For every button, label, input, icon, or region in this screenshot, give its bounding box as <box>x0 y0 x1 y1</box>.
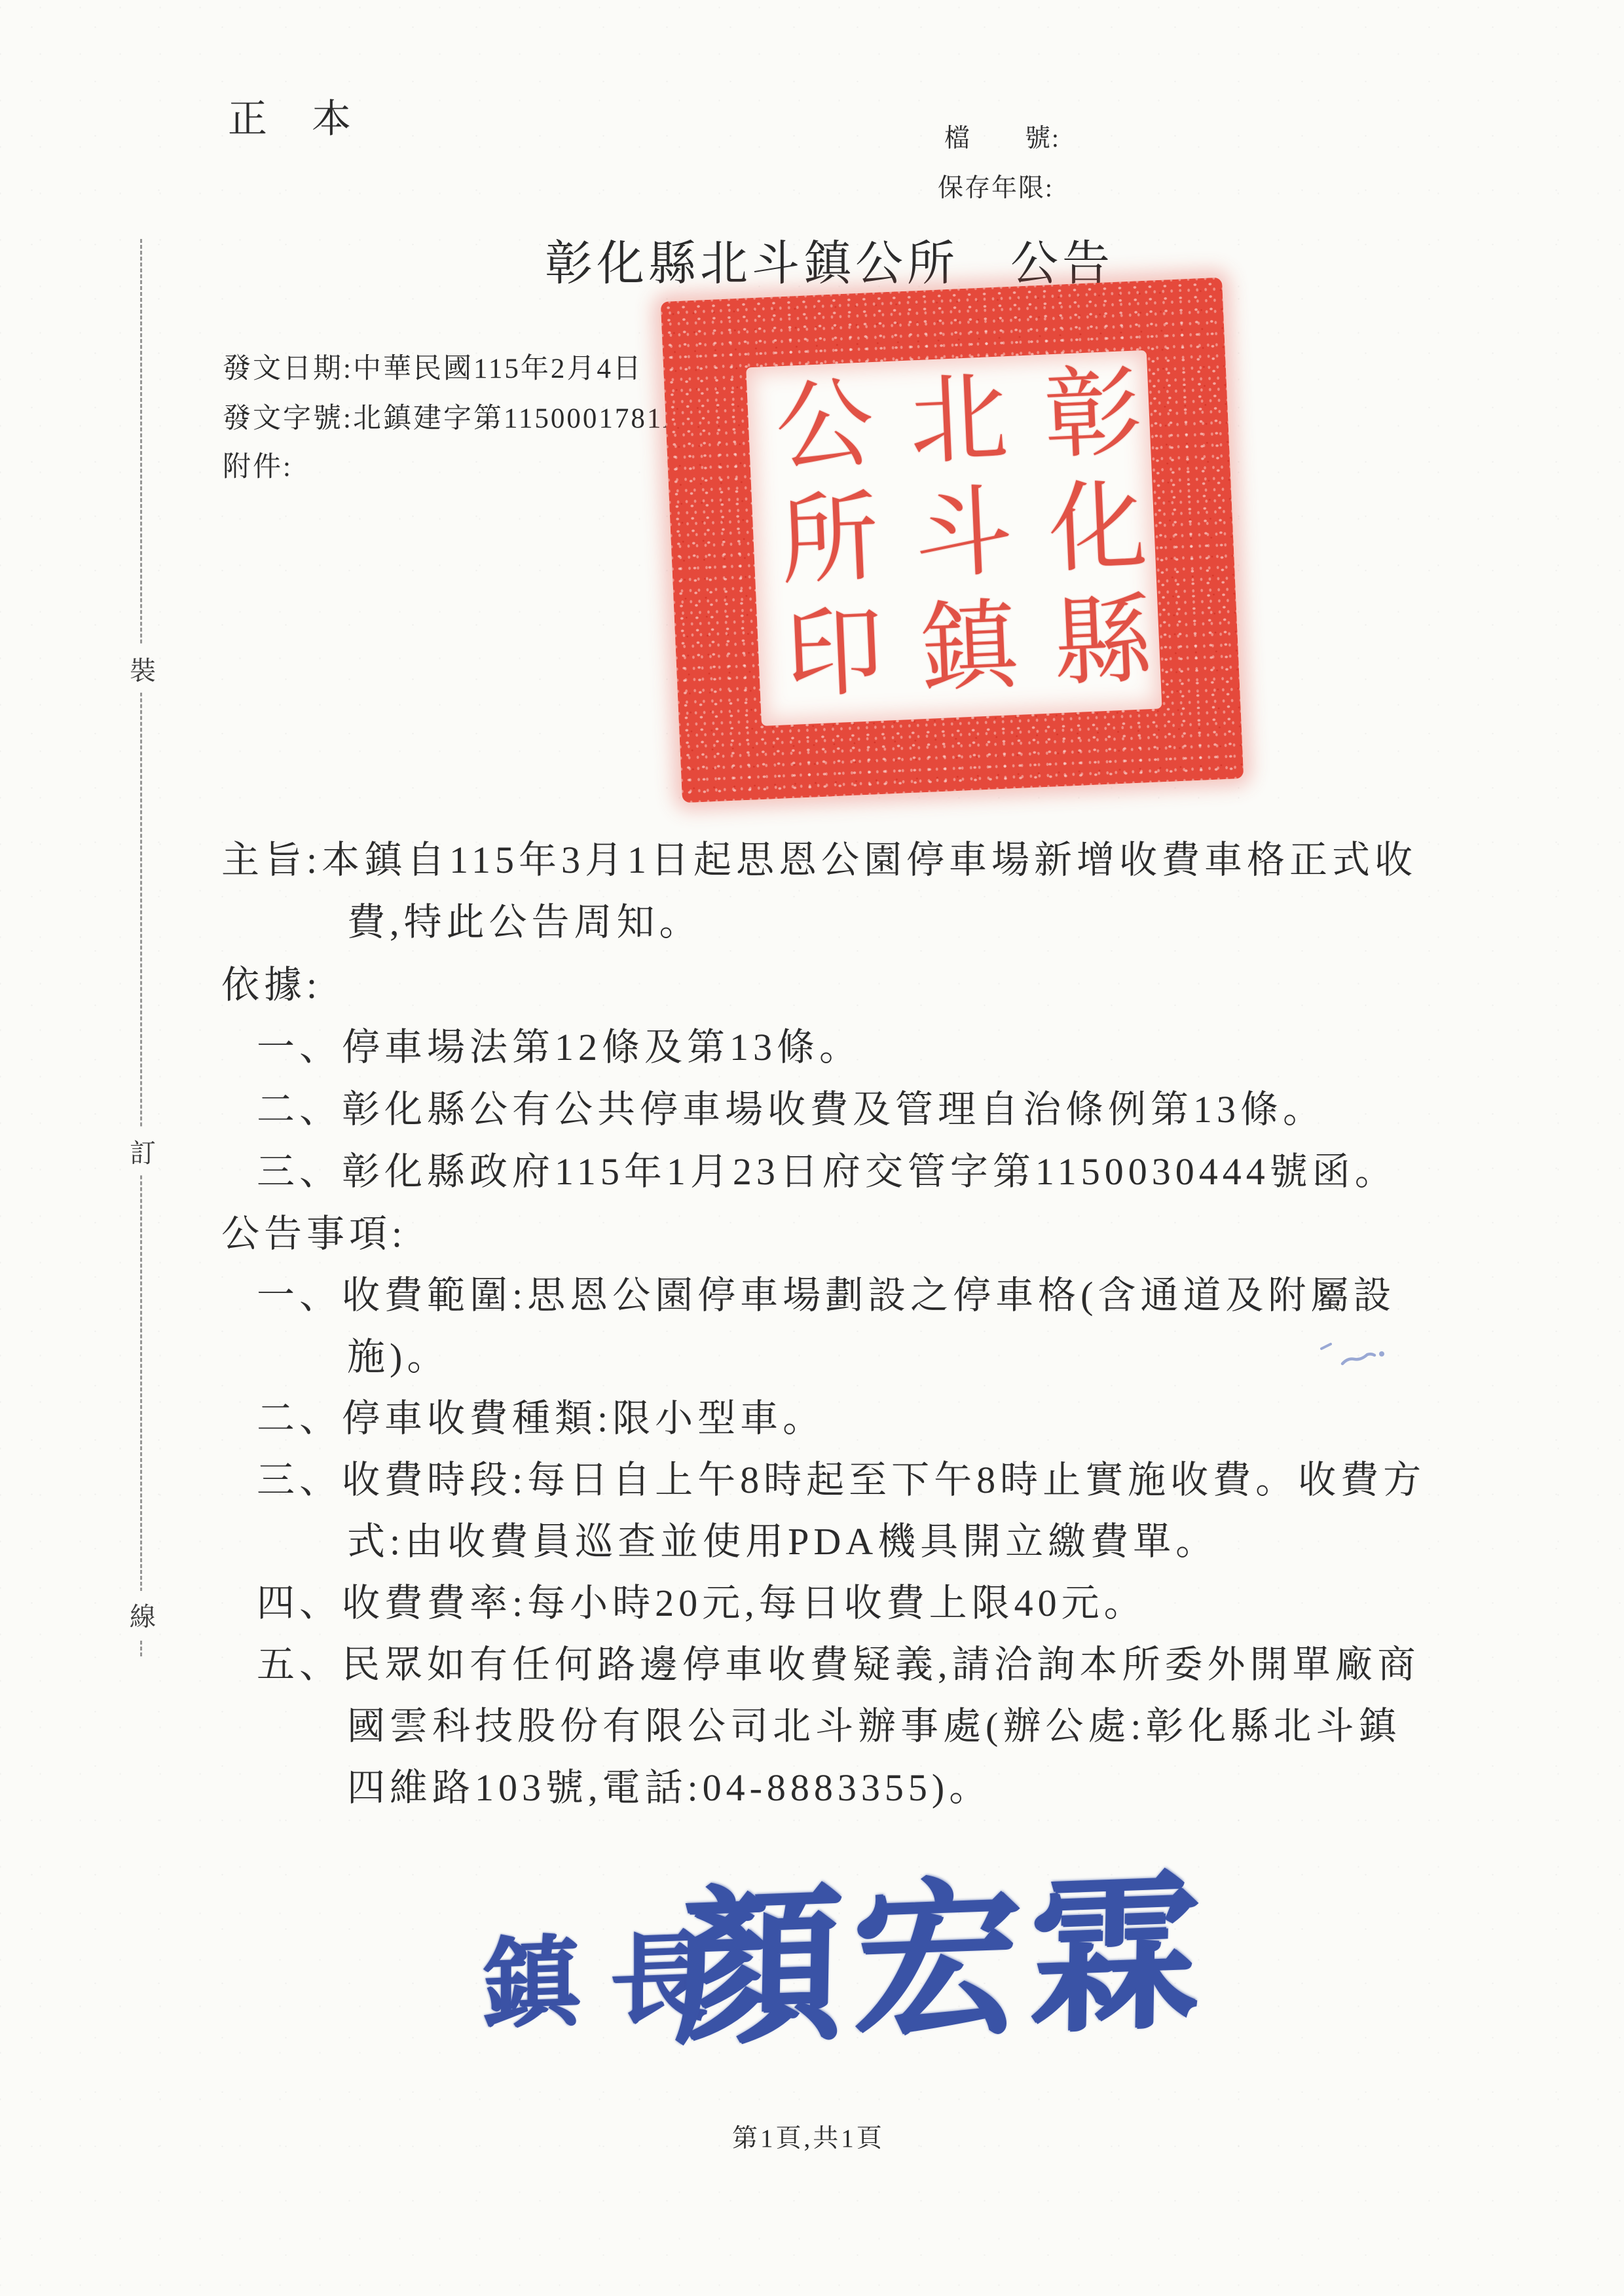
item-5-line-2: 國雲科技股份有限公司北斗辦事處(辦公處:彰化縣北斗鎮 <box>347 1707 1401 1745</box>
seal-column-right: 彰化縣 <box>1031 359 1145 705</box>
binding-dashed-line <box>140 239 142 1656</box>
subject-line-1: 主旨:本鎮自115年3月1日起思恩公園停車場新增收費車格正式收 <box>221 841 1417 879</box>
seal-column-left: 公所印 <box>764 371 877 717</box>
item-5-line-1: 五、民眾如有任何路邊停車收費疑義,請洽詢本所委外開單廠商 <box>257 1646 1420 1684</box>
item-1-line-1: 一、收費範圍:思恩公園停車場劃設之停車格(含通道及附屬設 <box>257 1277 1395 1315</box>
binding-mark-zhuang: 裝 <box>127 645 158 693</box>
mayor-signature: 顏宏霖 <box>672 1868 1209 2056</box>
items-heading: 公告事項: <box>221 1215 407 1253</box>
seal-column-middle: 北斗鎮 <box>898 365 1011 711</box>
basis-item-2: 二、彰化縣公有公共停車場收費及管理自治條例第13條。 <box>257 1091 1325 1129</box>
item-5-line-3: 四維路103號,電話:04-8883355)。 <box>347 1769 991 1807</box>
official-seal: 彰化縣 北斗鎮 公所印 <box>661 278 1244 803</box>
issue-date-line: 發文日期:中華民國115年2月4日 <box>223 355 643 383</box>
basis-item-1: 一、停車場法第12條及第13條。 <box>257 1029 862 1066</box>
copy-type-label: 正 本 <box>228 100 354 139</box>
item-2-line: 二、停車收費種類:限小型車。 <box>257 1400 825 1438</box>
binding-mark-xian: 線 <box>127 1591 158 1639</box>
page-footer: 第1頁,共1頁 <box>732 2126 885 2151</box>
official-seal-face: 彰化縣 北斗鎮 公所印 <box>746 350 1162 726</box>
doc-number-line: 發文字號:北鎮建字第1150001781A號 <box>223 405 715 433</box>
item-3-line-1: 三、收費時段:每日自上午8時起至下午8時止實施收費。收費方 <box>257 1461 1426 1499</box>
subject-line-2: 費,特此公告周知。 <box>347 903 702 941</box>
scanned-official-announcement: 裝 訂 線 正 本 檔 號: 保存年限: 彰化縣北斗鎮公所 公告 發文日期:中華… <box>0 0 1624 2296</box>
binding-mark-ding: 訂 <box>127 1127 158 1175</box>
file-no-label: 檔 號: <box>944 126 1060 151</box>
item-1-line-2: 施)。 <box>347 1338 449 1376</box>
item-4-line: 四、收費費率:每小時20元,每日收費上限40元。 <box>257 1584 1147 1622</box>
basis-heading: 依據: <box>221 966 322 1004</box>
basis-item-3: 三、彰化縣政府115年1月23日府交管字第1150030444號函。 <box>257 1153 1397 1191</box>
pen-mark <box>1318 1334 1396 1374</box>
item-3-line-2: 式:由收費員巡查並使用PDA機具開立繳費單。 <box>347 1523 1218 1561</box>
attachment-label: 附件: <box>223 453 293 481</box>
doc-title: 彰化縣北斗鎮公所 公告 <box>545 240 1114 287</box>
retention-label: 保存年限: <box>938 175 1054 201</box>
